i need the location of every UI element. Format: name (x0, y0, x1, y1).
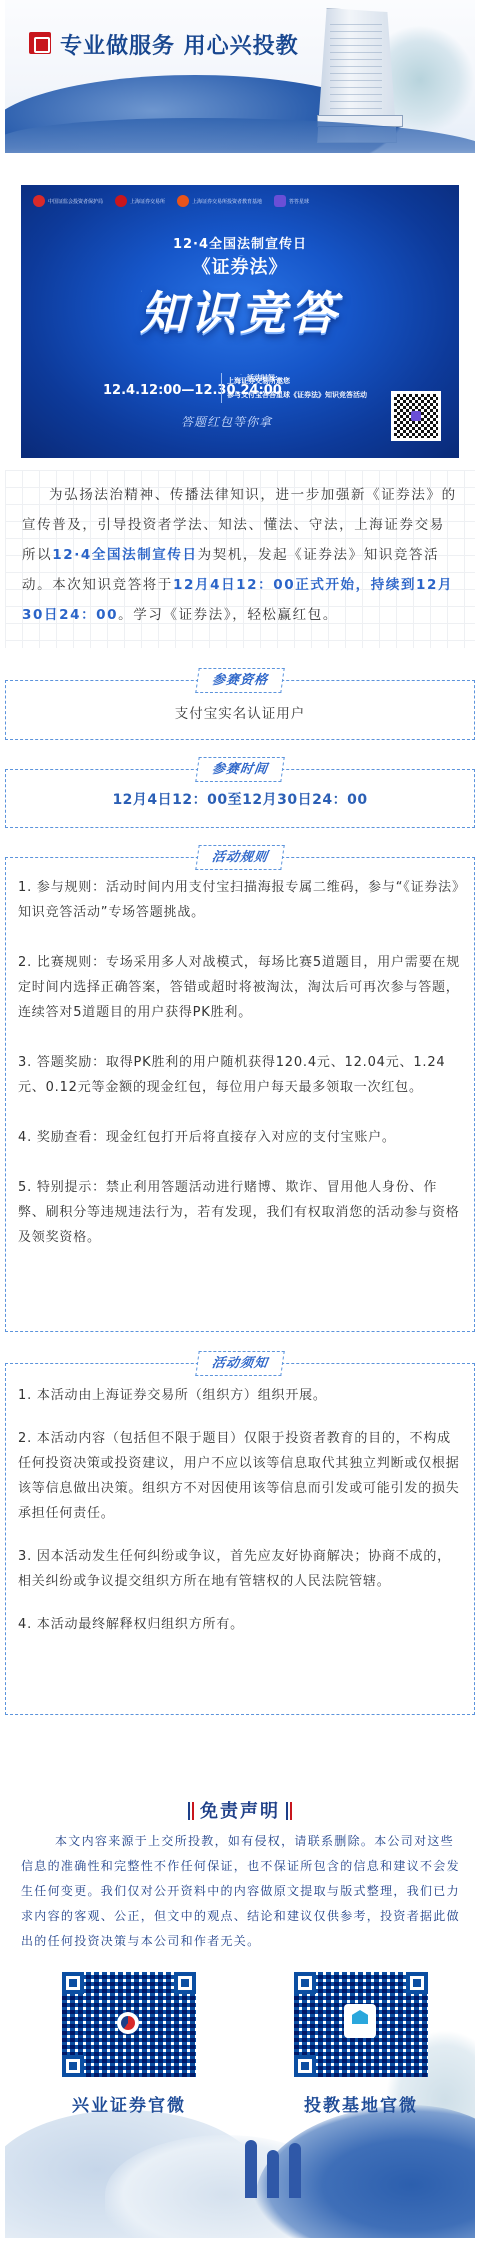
qr-label: 投教基地官微 (294, 2091, 428, 2116)
disclaimer-title: 免责声明 (5, 1797, 475, 1823)
highlight-law-day: 12·4全国法制宣传日 (52, 547, 197, 563)
organizer-logo: 答答星球 (274, 195, 309, 207)
banner-slogan: 专业做服务 用心兴投教 (60, 29, 299, 60)
section-notice: 活动须知 1. 本活动由上海证券交易所（组织方）组织开展。 2. 本活动内容（包… (5, 1363, 475, 1715)
organizer-logo: 上海证券交易所 (115, 195, 165, 207)
notice-item: 3. 因本活动发生任何纠纷或争议，首先应友好协商解决；协商不成的，相关纠纷或争议… (18, 1544, 462, 1594)
xingye-logo-icon (117, 2012, 139, 2034)
section-title: 活动规则 (195, 845, 285, 870)
organizer-logo: 中国证监会投资者保护局 (33, 195, 103, 207)
brand-logo-icon (29, 32, 51, 54)
poster-qr-code[interactable] (391, 391, 441, 441)
qr-card-xingye: 兴业证券官微 (62, 1972, 196, 2116)
poster-law-title: 《证券法》 (21, 253, 459, 279)
poster-subtitle: 12·4全国法制宣传日 (21, 233, 459, 252)
footer: 兴业证券官微 投教基地官微 (5, 1960, 475, 2238)
poster-invite: 上海证券交易所邀您 参与支付宝答答星球《证券法》知识竞答活动 (227, 374, 367, 402)
csrc-logo-icon (33, 195, 45, 207)
section-title: 参赛时间 (195, 757, 285, 782)
section-time: 参赛时间 12月4日12：00至12月30日24：00 (5, 769, 475, 828)
rule-item: 4. 奖励查看：现金红包打开后将直接存入对应的支付宝账户。 (18, 1125, 462, 1150)
notice-item: 4. 本活动最终解释权归组织方所有。 (18, 1612, 462, 1637)
rule-item: 5. 特别提示：禁止利用答题活动进行赌博、欺诈、冒用他人身份、作弊、刷积分等违规… (18, 1175, 462, 1250)
section-title: 活动须知 (195, 1351, 285, 1376)
disclaimer-text: 本文内容来源于上交所投教，如有侵权，请联系删除。本公司对这些信息的准确性和完整性… (21, 1829, 461, 1954)
qr-pattern (394, 394, 438, 438)
notice-item: 2. 本活动内容（包括但不限于题目）仅限于投资者教育的目的，不构成任何投资决策或… (18, 1426, 462, 1526)
title-bar-icon (286, 1802, 292, 1820)
rule-item: 1. 参与规则：活动时间内用支付宝扫描海报专属二维码，参与“《证券法》知识竞答活… (18, 875, 462, 925)
sse-logo-icon (115, 195, 127, 207)
dada-planet-logo-icon (274, 195, 286, 207)
quiz-poster: 中国证监会投资者保护局 上海证券交易所 上海证券交易所投资者教育基地 答答星球 … (21, 185, 459, 458)
xingye-wechat-qr-code[interactable] (62, 1972, 196, 2077)
people-silhouette-icon (243, 2128, 313, 2198)
notice-item: 1. 本活动由上海证券交易所（组织方）组织开展。 (18, 1383, 462, 1408)
organizer-logo: 上海证券交易所投资者教育基地 (177, 195, 262, 207)
qr-label: 兴业证券官微 (62, 2091, 196, 2116)
intro-paragraph: 为弘扬法治精神、传播法律知识，进一步加强新《证券法》的宣传普及，引导投资者学法、… (5, 470, 475, 648)
sse-edu-logo-icon (177, 195, 189, 207)
poster-main-title: 知识竞答 (21, 277, 459, 343)
building-windows (330, 18, 382, 118)
header-banner: 专业做服务 用心兴投教 (5, 0, 475, 153)
rules-list: 1. 参与规则：活动时间内用支付宝扫描海报专属二维码，参与“《证券法》知识竞答活… (6, 858, 474, 1250)
qr-card-edu-base: 投教基地官微 (294, 1972, 428, 2116)
section-rules: 活动规则 1. 参与规则：活动时间内用支付宝扫描海报专属二维码，参与“《证券法》… (5, 857, 475, 1332)
title-bar-icon (188, 1802, 194, 1820)
organizer-logos: 中国证监会投资者保护局 上海证券交易所 上海证券交易所投资者教育基地 答答星球 (33, 195, 309, 207)
rule-item: 3. 答题奖励：取得PK胜利的用户随机获得120.4元、12.04元、1.24元… (18, 1050, 462, 1100)
section-title: 参赛资格 (195, 668, 285, 693)
edu-base-wechat-qr-code[interactable] (294, 1972, 428, 2077)
notice-list: 1. 本活动由上海证券交易所（组织方）组织开展。 2. 本活动内容（包括但不限于… (6, 1364, 474, 1637)
divider (221, 373, 222, 403)
poster-script-text: 答题红包等你拿 (181, 413, 272, 430)
rule-item: 2. 比赛规则：专场采用多人对战模式，每场比赛5道题目，用户需要在规定时间内选择… (18, 950, 462, 1025)
section-eligibility: 参赛资格 支付宝实名认证用户 (5, 680, 475, 740)
graduation-cap-icon (344, 2004, 376, 2038)
